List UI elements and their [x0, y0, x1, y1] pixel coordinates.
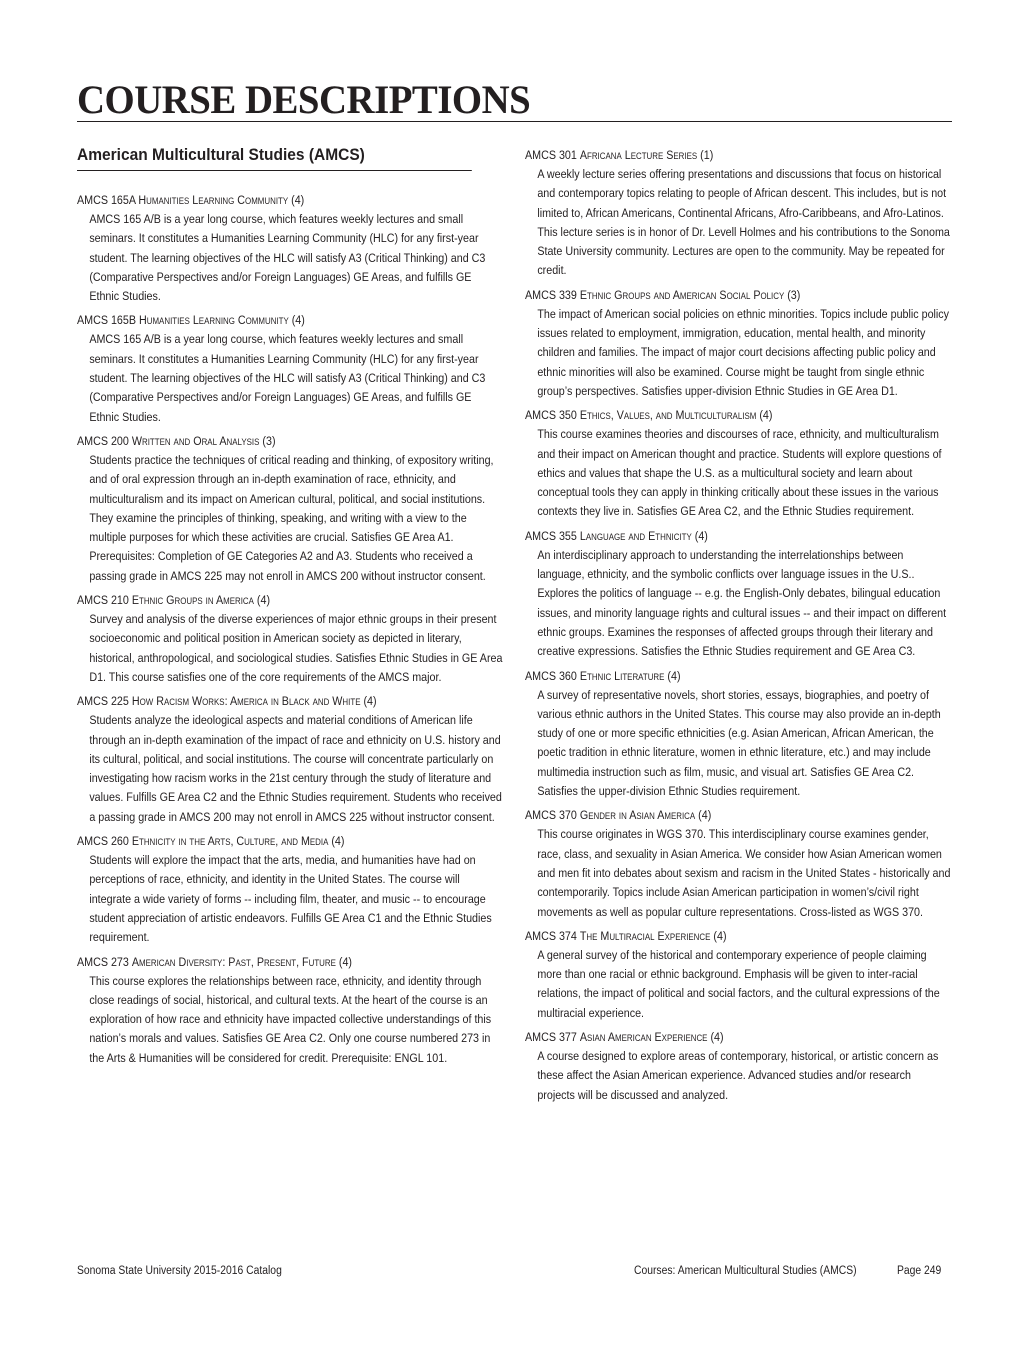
- course-units: (4): [257, 593, 270, 607]
- course-entry: AMCS 165A Humanities Learning Community …: [77, 191, 502, 306]
- footer-page-number: Page 249: [897, 1265, 941, 1277]
- course-name: Written and Oral Analysis: [132, 434, 260, 448]
- course-title: AMCS 374 The Multiracial Experience (4): [525, 927, 899, 946]
- course-description: Students practice the techniques of crit…: [77, 451, 503, 586]
- course-description: A survey of representative novels, short…: [525, 686, 951, 802]
- course-units: (4): [695, 529, 708, 543]
- course-name: Language and Ethnicity: [580, 529, 692, 543]
- course-units: (4): [339, 955, 352, 969]
- course-title: AMCS 273 American Diversity: Past, Prese…: [77, 953, 451, 972]
- course-code: AMCS 360: [525, 669, 577, 683]
- course-name: Humanities Learning Community: [138, 193, 288, 207]
- course-units: (4): [363, 694, 376, 708]
- course-code: AMCS 200: [77, 434, 129, 448]
- left-course-list: AMCS 165A Humanities Learning Community …: [77, 191, 502, 1068]
- course-description: AMCS 165 A/B is a year long course, whic…: [77, 210, 503, 306]
- course-name: How Racism Works: America in Black and W…: [132, 694, 361, 708]
- course-description: The impact of American social policies o…: [525, 305, 951, 401]
- course-entry: AMCS 210 Ethnic Groups in America (4)Sur…: [77, 591, 502, 687]
- course-entry: AMCS 339 Ethnic Groups and American Soci…: [525, 286, 950, 401]
- course-name: Africana Lecture Series: [580, 148, 697, 162]
- course-code: AMCS 165A: [77, 193, 135, 207]
- right-column: AMCS 301 Africana Lecture Series (1)A we…: [525, 146, 950, 1110]
- course-description: Students will explore the impact that th…: [77, 851, 503, 947]
- course-entry: AMCS 360 Ethnic Literature (4)A survey o…: [525, 667, 950, 802]
- course-entry: AMCS 165B Humanities Learning Community …: [77, 311, 502, 426]
- course-code: AMCS 377: [525, 1030, 577, 1044]
- course-title: AMCS 360 Ethnic Literature (4): [525, 667, 899, 686]
- course-code: AMCS 355: [525, 529, 577, 543]
- course-title: AMCS 370 Gender in Asian America (4): [525, 806, 899, 825]
- course-title: AMCS 350 Ethics, Values, and Multicultur…: [525, 406, 899, 425]
- course-description: This course examines theories and discou…: [525, 425, 951, 521]
- course-code: AMCS 260: [77, 834, 129, 848]
- course-name: Ethnic Literature: [580, 669, 665, 683]
- course-units: (4): [292, 313, 305, 327]
- course-entry: AMCS 350 Ethics, Values, and Multicultur…: [525, 406, 950, 521]
- course-code: AMCS 225: [77, 694, 129, 708]
- course-code: AMCS 273: [77, 955, 129, 969]
- left-column: American Multicultural Studies (AMCS) AM…: [77, 146, 502, 1073]
- course-units: (4): [759, 408, 772, 422]
- course-title: AMCS 200 Written and Oral Analysis (3): [77, 432, 451, 451]
- course-description: This course originates in WGS 370. This …: [525, 825, 951, 921]
- course-name: Ethnic Groups and American Social Policy: [580, 288, 784, 302]
- course-entry: AMCS 377 Asian American Experience (4)A …: [525, 1028, 950, 1105]
- course-code: AMCS 374: [525, 929, 577, 943]
- course-description: Students analyze the ideological aspects…: [77, 711, 503, 827]
- course-description: AMCS 165 A/B is a year long course, whic…: [77, 330, 503, 426]
- course-entry: AMCS 200 Written and Oral Analysis (3)St…: [77, 432, 502, 586]
- course-units: (1): [700, 148, 713, 162]
- course-code: AMCS 350: [525, 408, 577, 422]
- course-description: A weekly lecture series offering present…: [525, 165, 951, 281]
- course-name: Humanities Learning Community: [139, 313, 289, 327]
- course-code: AMCS 165B: [77, 313, 136, 327]
- course-units: (4): [710, 1030, 723, 1044]
- course-entry: AMCS 225 How Racism Works: America in Bl…: [77, 692, 502, 827]
- course-units: (4): [331, 834, 344, 848]
- right-course-list: AMCS 301 Africana Lecture Series (1)A we…: [525, 146, 950, 1105]
- section-heading: American Multicultural Studies (AMCS): [77, 146, 472, 171]
- course-description: This course explores the relationships b…: [77, 972, 503, 1068]
- course-entry: AMCS 374 The Multiracial Experience (4)A…: [525, 927, 950, 1023]
- course-name: Ethics, Values, and Multiculturalism: [580, 408, 756, 422]
- course-title: AMCS 377 Asian American Experience (4): [525, 1028, 899, 1047]
- course-units: (4): [713, 929, 726, 943]
- course-code: AMCS 301: [525, 148, 577, 162]
- course-units: (4): [291, 193, 304, 207]
- course-title: AMCS 165A Humanities Learning Community …: [77, 191, 451, 210]
- course-code: AMCS 210: [77, 593, 129, 607]
- title-rule: [77, 121, 952, 122]
- footer-catalog: Sonoma State University 2015-2016 Catalo…: [77, 1265, 282, 1277]
- course-name: Asian American Experience: [580, 1030, 708, 1044]
- course-units: (3): [262, 434, 275, 448]
- course-title: AMCS 339 Ethnic Groups and American Soci…: [525, 286, 899, 305]
- course-title: AMCS 301 Africana Lecture Series (1): [525, 146, 899, 165]
- course-title: AMCS 210 Ethnic Groups in America (4): [77, 591, 451, 610]
- course-units: (4): [667, 669, 680, 683]
- course-name: American Diversity: Past, Present, Futur…: [132, 955, 336, 969]
- course-description: Survey and analysis of the diverse exper…: [77, 610, 503, 687]
- page-title: COURSE DESCRIPTIONS: [77, 80, 530, 120]
- course-entry: AMCS 273 American Diversity: Past, Prese…: [77, 953, 502, 1068]
- course-description: A general survey of the historical and c…: [525, 946, 951, 1023]
- course-title: AMCS 260 Ethnicity in the Arts, Culture,…: [77, 832, 451, 851]
- course-units: (4): [698, 808, 711, 822]
- course-name: Ethnicity in the Arts, Culture, and Medi…: [132, 834, 329, 848]
- course-title: AMCS 355 Language and Ethnicity (4): [525, 527, 899, 546]
- course-name: Gender in Asian America: [580, 808, 695, 822]
- course-description: An interdisciplinary approach to underst…: [525, 546, 951, 662]
- course-code: AMCS 339: [525, 288, 577, 302]
- course-entry: AMCS 260 Ethnicity in the Arts, Culture,…: [77, 832, 502, 947]
- course-entry: AMCS 301 Africana Lecture Series (1)A we…: [525, 146, 950, 281]
- footer-section: Courses: American Multicultural Studies …: [634, 1265, 857, 1277]
- course-description: A course designed to explore areas of co…: [525, 1047, 951, 1105]
- course-entry: AMCS 355 Language and Ethnicity (4)An in…: [525, 527, 950, 662]
- course-code: AMCS 370: [525, 808, 577, 822]
- course-name: Ethnic Groups in America: [132, 593, 254, 607]
- course-title: AMCS 165B Humanities Learning Community …: [77, 311, 451, 330]
- course-units: (3): [787, 288, 800, 302]
- course-entry: AMCS 370 Gender in Asian America (4)This…: [525, 806, 950, 921]
- course-name: The Multiracial Experience: [580, 929, 711, 943]
- course-title: AMCS 225 How Racism Works: America in Bl…: [77, 692, 451, 711]
